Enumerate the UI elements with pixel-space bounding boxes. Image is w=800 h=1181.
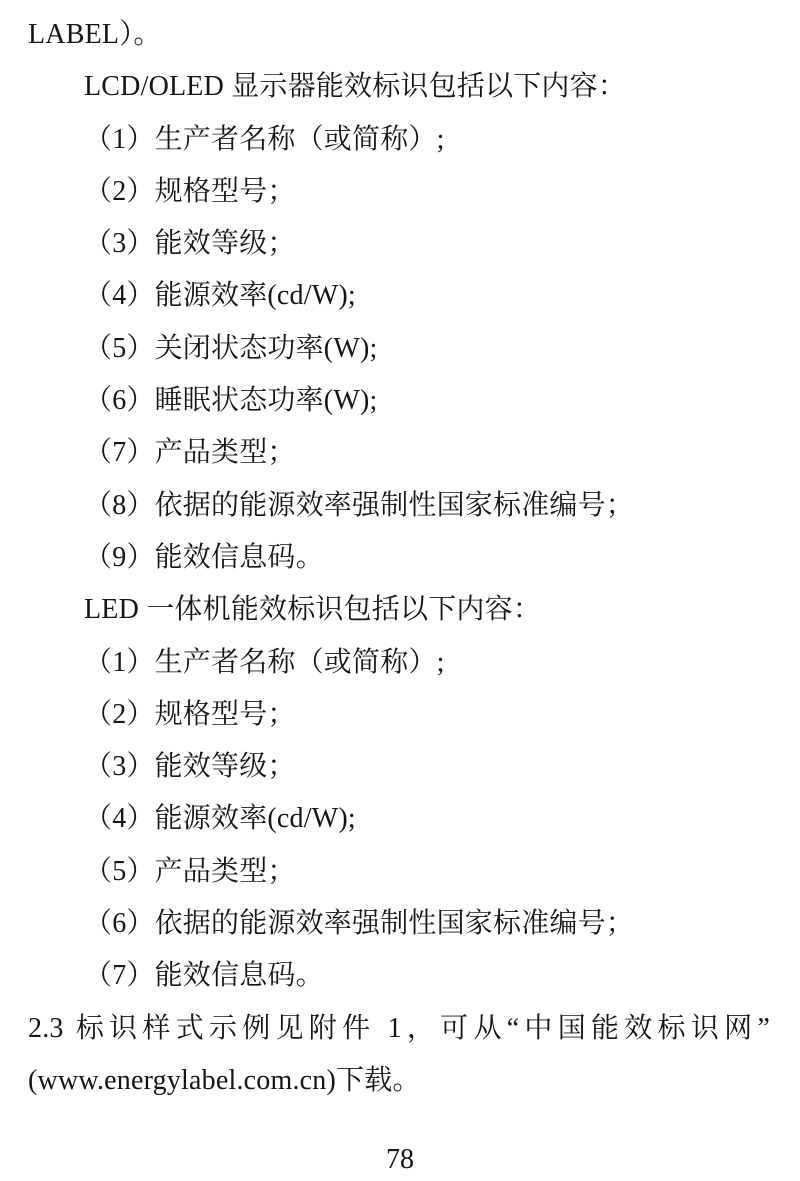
text-line: （5）产品类型； (28, 846, 770, 898)
text-line: （8）依据的能源效率强制性国家标准编号； (28, 480, 770, 532)
text-line: （4）能源效率(cd/W); (28, 270, 770, 322)
text-line: （5）关闭状态功率(W); (28, 323, 770, 375)
text-line: （3）能效等级； (28, 218, 770, 270)
text-line: （6）睡眠状态功率(W); (28, 375, 770, 427)
text-line: （7）产品类型； (28, 427, 770, 479)
text-line: （1）生产者名称（或简称）; (28, 114, 770, 166)
text-line: LED 一体机能效标识包括以下内容： (28, 584, 770, 636)
text-line: （2）规格型号； (28, 166, 770, 218)
document-page: LABEL）。LCD/OLED 显示器能效标识包括以下内容：（1）生产者名称（或… (0, 0, 800, 1181)
text-line: （1）生产者名称（或简称）; (28, 637, 770, 689)
page-number: 78 (0, 1144, 800, 1176)
document-body: LABEL）。LCD/OLED 显示器能效标识包括以下内容：（1）生产者名称（或… (28, 9, 770, 1107)
text-line: (www.energylabel.com.cn)下载。 (28, 1055, 770, 1107)
text-line: （6）依据的能源效率强制性国家标准编号； (28, 898, 770, 950)
text-line: LABEL）。 (28, 9, 770, 61)
text-line: 2.3 标识样式示例见附件 1，可从“中国能效标识网” (28, 1003, 770, 1055)
text-line: （9）能效信息码。 (28, 532, 770, 584)
text-line: （3）能效等级； (28, 741, 770, 793)
text-line: （7）能效信息码。 (28, 950, 770, 1002)
text-line: （2）规格型号； (28, 689, 770, 741)
text-line: LCD/OLED 显示器能效标识包括以下内容： (28, 61, 770, 113)
text-line: （4）能源效率(cd/W); (28, 793, 770, 845)
